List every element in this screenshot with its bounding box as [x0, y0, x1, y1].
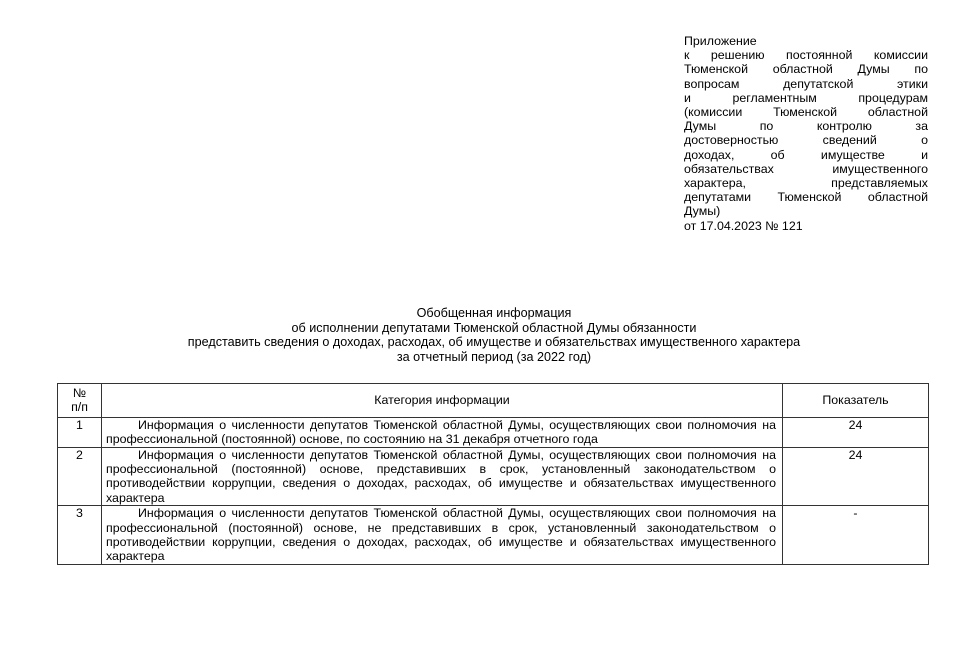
- row-num: 3: [58, 506, 102, 565]
- header-category: Категория информации: [102, 384, 783, 418]
- row-value: -: [783, 506, 929, 565]
- appendix-line: характера, представляемых: [684, 176, 928, 190]
- appendix-line: (комиссии Тюменской областной: [684, 105, 928, 119]
- row-num: 2: [58, 447, 102, 506]
- appendix-line: доходах, об имуществе и: [684, 148, 928, 162]
- appendix-line: Думы по контролю за: [684, 119, 928, 133]
- table-row: 3 Информация о численности депутатов Тюм…: [58, 506, 929, 565]
- row-category: Информация о численности депутатов Тюмен…: [102, 447, 783, 506]
- document-title: Обобщенная информация об исполнении депу…: [60, 306, 928, 364]
- appendix-line: Тюменской областной Думы по: [684, 62, 928, 76]
- title-line: Обобщенная информация: [60, 306, 928, 321]
- row-value: 24: [783, 447, 929, 506]
- appendix-line: Думы): [684, 204, 928, 218]
- appendix-line: вопросам депутатской этики: [684, 77, 928, 91]
- appendix-line: и регламентным процедурам: [684, 91, 928, 105]
- header-num-symbol: №: [61, 386, 98, 400]
- row-num: 1: [58, 417, 102, 447]
- appendix-line: Приложение: [684, 34, 928, 48]
- row-category-text: Информация о численности депутатов Тюмен…: [106, 418, 776, 446]
- title-line: за отчетный период (за 2022 год): [60, 350, 928, 365]
- table-row: 1 Информация о численности депутатов Тюм…: [58, 417, 929, 447]
- appendix-line: обязательствах имущественного: [684, 162, 928, 176]
- appendix-header: Приложение к решению постоянной комиссии…: [684, 34, 928, 233]
- appendix-line: достоверностью сведений о: [684, 133, 928, 147]
- title-line: представить сведения о доходах, расходах…: [60, 335, 928, 350]
- table-row: 2 Информация о численности депутатов Тюм…: [58, 447, 929, 506]
- header-num: № п/п: [58, 384, 102, 418]
- info-table: № п/п Категория информации Показатель 1 …: [57, 383, 929, 565]
- appendix-line: депутатами Тюменской областной: [684, 190, 928, 204]
- row-category-text: Информация о численности депутатов Тюмен…: [106, 506, 776, 563]
- row-category-text: Информация о численности депутатов Тюмен…: [106, 448, 776, 505]
- row-category: Информация о численности депутатов Тюмен…: [102, 417, 783, 447]
- row-category: Информация о численности депутатов Тюмен…: [102, 506, 783, 565]
- row-value: 24: [783, 417, 929, 447]
- appendix-date: от 17.04.2023 № 121: [684, 219, 928, 233]
- title-line: об исполнении депутатами Тюменской облас…: [60, 321, 928, 336]
- table-header-row: № п/п Категория информации Показатель: [58, 384, 929, 418]
- header-num-label: п/п: [61, 400, 98, 414]
- header-value: Показатель: [783, 384, 929, 418]
- appendix-line: к решению постоянной комиссии: [684, 48, 928, 62]
